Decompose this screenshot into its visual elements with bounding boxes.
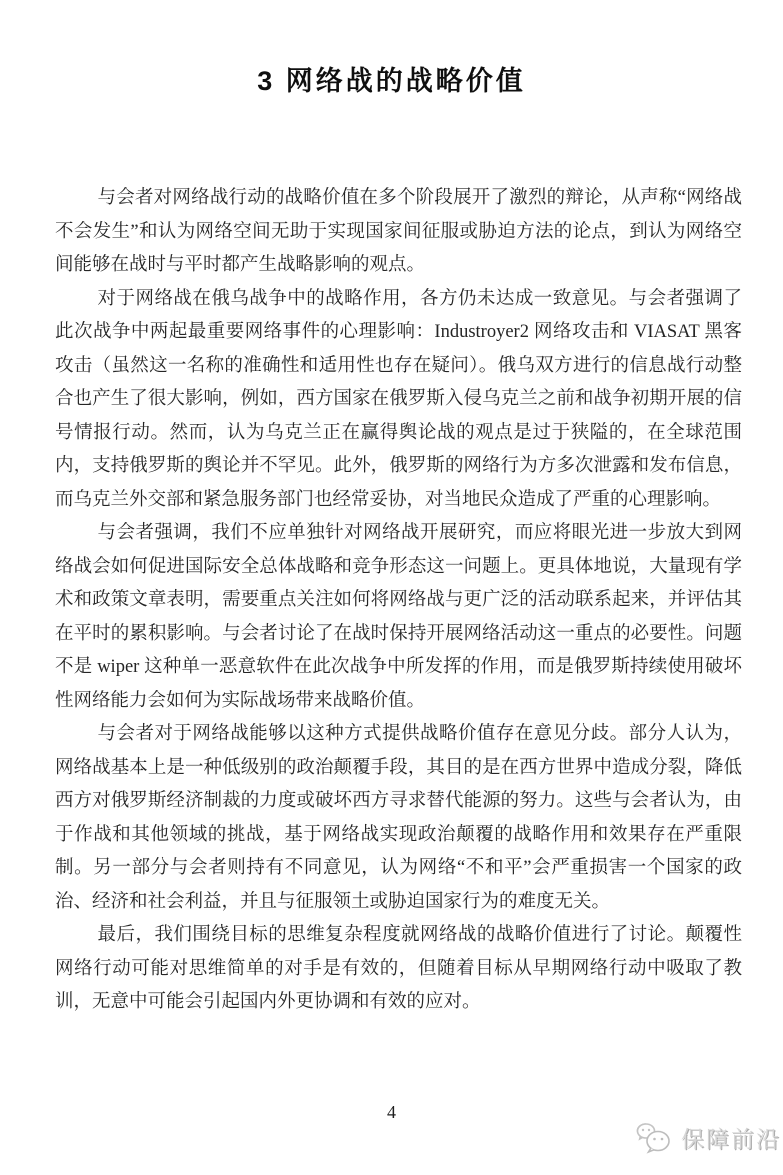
page-title: 3 网络战的战略价值: [0, 59, 783, 98]
document-body: 与会者对网络战行动的战略价值在多个阶段展开了激烈的辩论，从声称“网络战不会发生”…: [55, 182, 742, 1020]
paragraph: 最后，我们围绕目标的思维复杂程度就网络战的战略价值进行了讨论。颠覆性网络行动可能…: [55, 919, 742, 1020]
page-number: 4: [0, 1101, 783, 1123]
document-page: 3 网络战的战略价值 与会者对网络战行动的战略价值在多个阶段展开了激烈的辩论，从…: [0, 0, 783, 1175]
watermark-label: 保障前沿: [681, 1122, 781, 1156]
watermark: 保障前沿: [634, 1122, 781, 1156]
paragraph: 与会者强调，我们不应单独针对网络战开展研究，而应将眼光进一步放大到网络战会如何促…: [55, 517, 742, 718]
paragraph: 与会者对网络战行动的战略价值在多个阶段展开了激烈的辩论，从声称“网络战不会发生”…: [55, 182, 742, 283]
paragraph: 对于网络战在俄乌战争中的战略作用，各方仍未达成一致意见。与会者强调了此次战争中两…: [55, 283, 742, 518]
wechat-icon: [634, 1122, 674, 1156]
paragraph: 与会者对于网络战能够以这种方式提供战略价值存在意见分歧。部分人认为，网络战基本上…: [55, 718, 742, 919]
